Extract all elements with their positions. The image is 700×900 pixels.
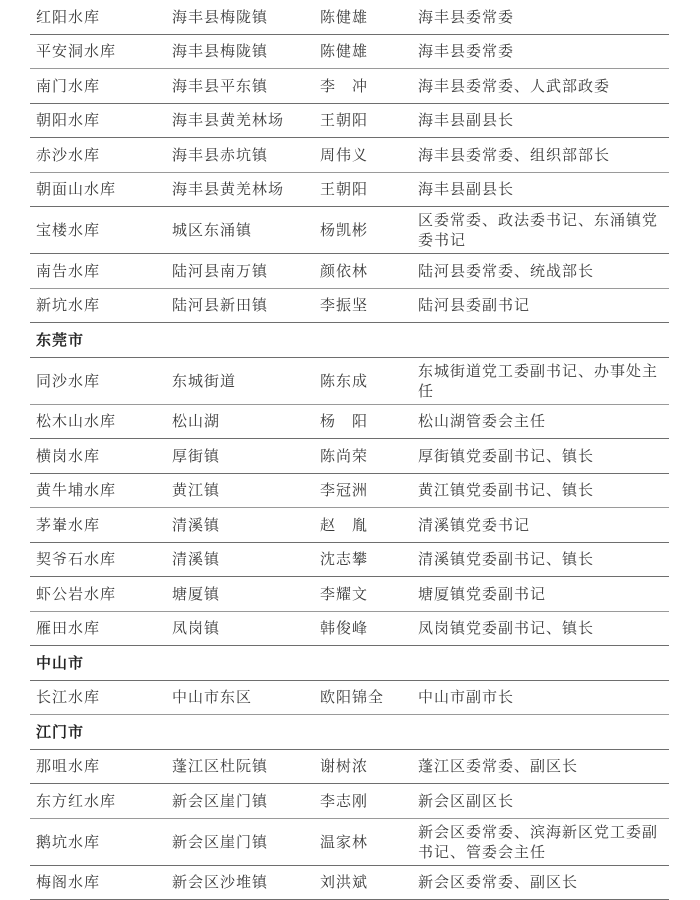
reservoir-name-cell: 横岗水库	[36, 446, 100, 466]
position-cell: 陆河县委副书记	[418, 295, 668, 315]
table-row: 平安洞水库海丰县梅陇镇陈健雄海丰县委常委	[30, 35, 669, 70]
location-cell: 松山湖	[172, 411, 220, 431]
reservoir-name-cell: 梅阁水库	[36, 872, 100, 892]
section-header-row: 江门市	[30, 715, 669, 750]
reservoir-name-cell: 雁田水库	[36, 618, 100, 638]
location-cell: 清溪镇	[172, 549, 220, 569]
position-cell: 蓬江区委常委、副区长	[418, 756, 668, 776]
responsible-person-cell: 陈尚荣	[320, 446, 368, 466]
table-row: 梅阁水库新会区沙堆镇刘洪斌新会区委常委、副区长	[30, 866, 669, 900]
table-row: 南门水库海丰县平东镇李 冲海丰县委常委、人武部政委	[30, 69, 669, 104]
responsible-person-cell: 陈东成	[320, 371, 368, 391]
table-row: 南告水库陆河县南万镇颜依林陆河县委常委、统战部长	[30, 254, 669, 289]
location-cell: 城区东涌镇	[172, 220, 252, 240]
reservoir-name-cell: 那咀水库	[36, 756, 100, 776]
responsible-person-cell: 赵 胤	[320, 515, 368, 535]
location-cell: 海丰县赤坑镇	[172, 145, 268, 165]
position-cell: 新会区委常委、副区长	[418, 872, 668, 892]
table-row: 那咀水库蓬江区杜阮镇谢树浓蓬江区委常委、副区长	[30, 750, 669, 785]
reservoir-name-cell: 红阳水库	[36, 7, 100, 27]
reservoir-name-cell: 南门水库	[36, 76, 100, 96]
reservoir-name-cell: 赤沙水库	[36, 145, 100, 165]
position-cell: 新会区副区长	[418, 791, 668, 811]
location-cell: 海丰县梅陇镇	[172, 41, 268, 61]
location-cell: 厚街镇	[172, 446, 220, 466]
table-row: 松木山水库松山湖杨 阳松山湖管委会主任	[30, 405, 669, 440]
reservoir-name-cell: 朝阳水库	[36, 110, 100, 130]
section-title: 东莞市	[36, 330, 84, 350]
location-cell: 海丰县梅陇镇	[172, 7, 268, 27]
responsible-person-cell: 李 冲	[320, 76, 368, 96]
responsible-person-cell: 刘洪斌	[320, 872, 368, 892]
reservoir-name-cell: 契爷石水库	[36, 549, 116, 569]
location-cell: 塘厦镇	[172, 584, 220, 604]
responsible-person-cell: 陈健雄	[320, 41, 368, 61]
position-cell: 海丰县委常委、组织部部长	[418, 145, 668, 165]
position-cell: 新会区委常委、滨海新区党工委副书记、管委会主任	[418, 822, 668, 862]
responsible-person-cell: 颜依林	[320, 261, 368, 281]
location-cell: 新会区沙堆镇	[172, 872, 268, 892]
table-row: 横岗水库厚街镇陈尚荣厚街镇党委副书记、镇长	[30, 439, 669, 474]
responsible-person-cell: 陈健雄	[320, 7, 368, 27]
responsible-person-cell: 王朝阳	[320, 110, 368, 130]
position-cell: 凤岗镇党委副书记、镇长	[418, 618, 668, 638]
table-row: 同沙水库东城街道陈东成东城街道党工委副书记、办事处主任	[30, 358, 669, 405]
table-row: 鹅坑水库新会区崖门镇温家林新会区委常委、滨海新区党工委副书记、管委会主任	[30, 819, 669, 866]
reservoir-name-cell: 平安洞水库	[36, 41, 116, 61]
responsible-person-cell: 谢树浓	[320, 756, 368, 776]
responsible-person-cell: 李冠洲	[320, 480, 368, 500]
section-header-row: 中山市	[30, 646, 669, 681]
responsible-person-cell: 李耀文	[320, 584, 368, 604]
location-cell: 海丰县黄羌林场	[172, 179, 284, 199]
position-cell: 黄江镇党委副书记、镇长	[418, 480, 668, 500]
reservoir-name-cell: 虾公岩水库	[36, 584, 116, 604]
section-title: 中山市	[36, 653, 84, 673]
reservoir-name-cell: 松木山水库	[36, 411, 116, 431]
responsible-person-cell: 杨 阳	[320, 411, 368, 431]
position-cell: 中山市副市长	[418, 687, 668, 707]
location-cell: 陆河县新田镇	[172, 295, 268, 315]
location-cell: 陆河县南万镇	[172, 261, 268, 281]
reservoir-name-cell: 黄牛埔水库	[36, 480, 116, 500]
position-cell: 厚街镇党委副书记、镇长	[418, 446, 668, 466]
position-cell: 海丰县委常委	[418, 41, 668, 61]
position-cell: 清溪镇党委书记	[418, 515, 668, 535]
reservoir-name-cell: 新坑水库	[36, 295, 100, 315]
responsible-person-cell: 温家林	[320, 832, 368, 852]
table-row: 契爷石水库清溪镇沈志攀清溪镇党委副书记、镇长	[30, 543, 669, 578]
table-row: 宝楼水库城区东涌镇杨凯彬区委常委、政法委书记、东涌镇党委书记	[30, 207, 669, 254]
table-row: 朝阳水库海丰县黄羌林场王朝阳海丰县副县长	[30, 104, 669, 139]
responsible-person-cell: 韩俊峰	[320, 618, 368, 638]
reservoir-name-cell: 南告水库	[36, 261, 100, 281]
table-row: 朝面山水库海丰县黄羌林场王朝阳海丰县副县长	[30, 173, 669, 208]
table-row: 东方红水库新会区崖门镇李志刚新会区副区长	[30, 784, 669, 819]
responsible-person-cell: 王朝阳	[320, 179, 368, 199]
position-cell: 海丰县副县长	[418, 179, 668, 199]
table-row: 长江水库中山市东区欧阳锦全中山市副市长	[30, 681, 669, 716]
position-cell: 区委常委、政法委书记、东涌镇党委书记	[418, 210, 668, 250]
position-cell: 清溪镇党委副书记、镇长	[418, 549, 668, 569]
responsible-person-cell: 杨凯彬	[320, 220, 368, 240]
reservoir-responsibility-table: 红阳水库海丰县梅陇镇陈健雄海丰县委常委平安洞水库海丰县梅陇镇陈健雄海丰县委常委南…	[30, 0, 669, 900]
responsible-person-cell: 欧阳锦全	[320, 687, 384, 707]
reservoir-name-cell: 宝楼水库	[36, 220, 100, 240]
location-cell: 凤岗镇	[172, 618, 220, 638]
position-cell: 海丰县副县长	[418, 110, 668, 130]
table-row: 新坑水库陆河县新田镇李振坚陆河县委副书记	[30, 289, 669, 324]
location-cell: 新会区崖门镇	[172, 832, 268, 852]
location-cell: 新会区崖门镇	[172, 791, 268, 811]
responsible-person-cell: 周伟义	[320, 145, 368, 165]
reservoir-name-cell: 朝面山水库	[36, 179, 116, 199]
reservoir-name-cell: 茅輋水库	[36, 515, 100, 535]
reservoir-name-cell: 东方红水库	[36, 791, 116, 811]
section-title: 江门市	[36, 722, 84, 742]
location-cell: 东城街道	[172, 371, 236, 391]
table-row: 雁田水库凤岗镇韩俊峰凤岗镇党委副书记、镇长	[30, 612, 669, 647]
responsible-person-cell: 李振坚	[320, 295, 368, 315]
location-cell: 清溪镇	[172, 515, 220, 535]
table-row: 虾公岩水库塘厦镇李耀文塘厦镇党委副书记	[30, 577, 669, 612]
position-cell: 海丰县委常委、人武部政委	[418, 76, 668, 96]
table-row: 赤沙水库海丰县赤坑镇周伟义海丰县委常委、组织部部长	[30, 138, 669, 173]
position-cell: 东城街道党工委副书记、办事处主任	[418, 361, 668, 401]
section-header-row: 东莞市	[30, 323, 669, 358]
position-cell: 塘厦镇党委副书记	[418, 584, 668, 604]
location-cell: 中山市东区	[172, 687, 252, 707]
reservoir-name-cell: 长江水库	[36, 687, 100, 707]
position-cell: 松山湖管委会主任	[418, 411, 668, 431]
location-cell: 海丰县黄羌林场	[172, 110, 284, 130]
table-row: 茅輋水库清溪镇赵 胤清溪镇党委书记	[30, 508, 669, 543]
table-row: 黄牛埔水库黄江镇李冠洲黄江镇党委副书记、镇长	[30, 474, 669, 509]
reservoir-name-cell: 鹅坑水库	[36, 832, 100, 852]
position-cell: 海丰县委常委	[418, 7, 668, 27]
location-cell: 黄江镇	[172, 480, 220, 500]
location-cell: 蓬江区杜阮镇	[172, 756, 268, 776]
reservoir-name-cell: 同沙水库	[36, 371, 100, 391]
position-cell: 陆河县委常委、统战部长	[418, 261, 668, 281]
table-row: 红阳水库海丰县梅陇镇陈健雄海丰县委常委	[30, 0, 669, 35]
responsible-person-cell: 李志刚	[320, 791, 368, 811]
location-cell: 海丰县平东镇	[172, 76, 268, 96]
responsible-person-cell: 沈志攀	[320, 549, 368, 569]
